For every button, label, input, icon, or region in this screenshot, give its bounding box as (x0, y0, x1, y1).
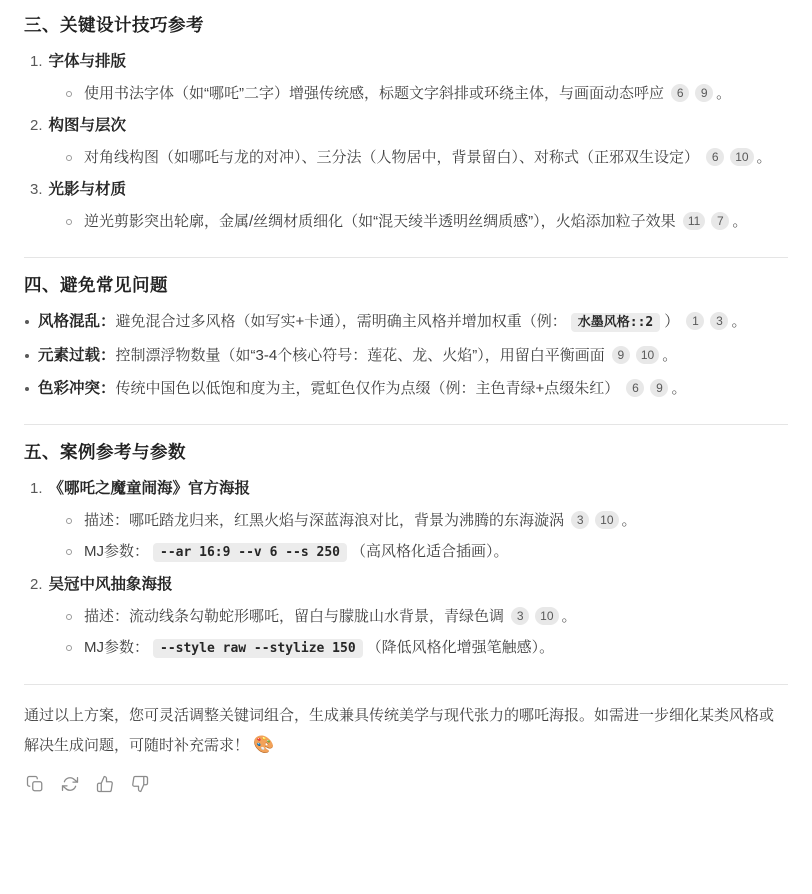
text-run: 。 (732, 213, 747, 230)
item-number: 1. (30, 480, 43, 497)
item-title: 光影与材质 (49, 181, 127, 198)
numbered-item: 2.构图与层次对角线构图（如哪吒与龙的对冲）、三分法（人物居中，背景留白）、对称… (24, 112, 788, 171)
sub-list: 使用书法字体（如“哪吒”二字）增强传统感，标题文字斜排或环绕主体，与画面动态呼应… (24, 80, 788, 107)
citation-badge[interactable]: 3 (710, 312, 728, 330)
assistant-message: 三、关键设计技巧参考1.字体与排版使用书法字体（如“哪吒”二字）增强传统感，标题… (0, 0, 812, 794)
sub-item: 对角线构图（如哪吒与龙的对冲）、三分法（人物居中，背景留白）、对称式（正邪双生设… (24, 144, 788, 171)
item-number: 1. (30, 53, 43, 70)
item-title: 字体与排版 (49, 53, 127, 70)
bold-label: 色彩冲突： (38, 380, 116, 397)
text-run: 。 (622, 512, 637, 529)
text-run: （高风格化适合插画）。 (351, 543, 509, 560)
thumbs-down-icon (131, 775, 149, 793)
text-run: 对角线构图（如哪吒与龙的对冲）、三分法（人物居中，背景留白）、对称式（正邪双生设… (84, 149, 703, 166)
numbered-list: 1.《哪吒之魔童闹海》官方海报描述：哪吒踏龙归来，红黑火焰与深蓝海浪对比，背景为… (24, 475, 788, 662)
regenerate-button[interactable] (60, 774, 80, 794)
text-run: 。 (731, 313, 746, 330)
copy-button[interactable] (25, 774, 45, 794)
thumbs-up-button[interactable] (95, 774, 115, 794)
text-run: 使用书法字体（如“哪吒”二字）增强传统感，标题文字斜排或环绕主体，与画面动态呼应 (84, 85, 668, 102)
text-run: MJ参数： (84, 543, 149, 560)
citation-badge[interactable]: 10 (535, 607, 558, 625)
text-run: 。 (671, 380, 686, 397)
citation-badge[interactable]: 9 (612, 346, 630, 364)
citation-badge[interactable]: 10 (595, 511, 618, 529)
item-title-row: 3.光影与材质 (24, 176, 788, 204)
section-heading: 三、关键设计技巧参考 (24, 12, 788, 38)
sub-item: 描述：哪吒踏龙归来，红黑火焰与深蓝海浪对比，背景为沸腾的东海漩涡 310。 (24, 507, 788, 534)
message-action-bar (25, 774, 788, 794)
item-title: 《哪吒之魔童闹海》官方海报 (49, 480, 251, 497)
citation-badge[interactable]: 6 (671, 84, 689, 102)
section-heading: 四、避免常见问题 (24, 272, 788, 298)
sub-item: 使用书法字体（如“哪吒”二字）增强传统感，标题文字斜排或环绕主体，与画面动态呼应… (24, 80, 788, 107)
sub-list: 描述：流动线条勾勒蛇形哪吒，留白与朦胧山水背景，青绿色调 310。MJ参数：--… (24, 603, 788, 662)
text-run: 逆光剪影突出轮廓，金属/丝绸材质细化（如“混天绫半透明丝绸质感”），火焰添加粒子… (84, 213, 680, 230)
text-run: （降低风格化增强笔触感）。 (367, 639, 555, 656)
divider (24, 257, 788, 258)
text-run: ） (664, 313, 683, 330)
citation-badge[interactable]: 6 (706, 148, 724, 166)
divider (24, 684, 788, 685)
item-title-row: 1.字体与排版 (24, 48, 788, 76)
section-heading: 五、案例参考与参数 (24, 439, 788, 465)
citation-badge[interactable]: 9 (695, 84, 713, 102)
bullet-item: 风格混乱：避免混合过多风格（如写实+卡通），需明确主风格并增加权重（例：水墨风格… (24, 308, 788, 336)
text-run: 传统中国色以低饱和度为主，霓虹色仅作为点缀（例：主色青绿+点缀朱红） (116, 380, 624, 397)
sub-list: 逆光剪影突出轮廓，金属/丝绸材质细化（如“混天绫半透明丝绸质感”），火焰添加粒子… (24, 208, 788, 235)
inline-code: --ar 16:9 --v 6 --s 250 (153, 543, 347, 562)
sub-list: 描述：哪吒踏龙归来，红黑火焰与深蓝海浪对比，背景为沸腾的东海漩涡 310。MJ参… (24, 507, 788, 566)
citation-badge[interactable]: 7 (711, 212, 729, 230)
closing-paragraph: 通过以上方案，您可灵活调整关键词组合，生成兼具传统美学与现代张力的哪吒海报。如需… (24, 701, 788, 760)
citation-badge[interactable]: 9 (650, 379, 668, 397)
sub-item: 描述：流动线条勾勒蛇形哪吒，留白与朦胧山水背景，青绿色调 310。 (24, 603, 788, 630)
item-title-row: 1.《哪吒之魔童闹海》官方海报 (24, 475, 788, 503)
inline-code: 水墨风格::2 (571, 313, 660, 332)
item-title: 吴冠中风抽象海报 (49, 576, 173, 593)
item-title-row: 2.吴冠中风抽象海报 (24, 571, 788, 599)
numbered-item: 3.光影与材质逆光剪影突出轮廓，金属/丝绸材质细化（如“混天绫半透明丝绸质感”）… (24, 176, 788, 235)
item-title-row: 2.构图与层次 (24, 112, 788, 140)
numbered-item: 2.吴冠中风抽象海报描述：流动线条勾勒蛇形哪吒，留白与朦胧山水背景，青绿色调 3… (24, 571, 788, 662)
citation-badge[interactable]: 10 (730, 148, 753, 166)
text-run: 。 (562, 608, 577, 625)
citation-badge[interactable]: 6 (626, 379, 644, 397)
bold-label: 风格混乱： (38, 313, 116, 330)
item-title: 构图与层次 (49, 117, 127, 134)
text-run: 通过以上方案，您可灵活调整关键词组合，生成兼具传统美学与现代张力的哪吒海报。如需… (24, 707, 774, 754)
citation-badge[interactable]: 3 (511, 607, 529, 625)
item-number: 2. (30, 576, 43, 593)
text-run: 描述：流动线条勾勒蛇形哪吒，留白与朦胧山水背景，青绿色调 (84, 608, 508, 625)
message-content: 三、关键设计技巧参考1.字体与排版使用书法字体（如“哪吒”二字）增强传统感，标题… (24, 12, 788, 760)
bullet-item: 元素过载：控制漂浮物数量（如“3-4个核心符号：莲花、龙、火焰”），用留白平衡画… (24, 342, 788, 369)
numbered-item: 1.《哪吒之魔童闹海》官方海报描述：哪吒踏龙归来，红黑火焰与深蓝海浪对比，背景为… (24, 475, 788, 566)
sub-item: MJ参数：--ar 16:9 --v 6 --s 250（高风格化适合插画）。 (24, 538, 788, 566)
sub-item: MJ参数：--style raw --stylize 150（降低风格化增强笔触… (24, 634, 788, 662)
item-number: 3. (30, 181, 43, 198)
numbered-item: 1.字体与排版使用书法字体（如“哪吒”二字）增强传统感，标题文字斜排或环绕主体，… (24, 48, 788, 107)
text-run: 。 (716, 85, 731, 102)
bullet-item: 色彩冲突：传统中国色以低饱和度为主，霓虹色仅作为点缀（例：主色青绿+点缀朱红） … (24, 375, 788, 402)
text-run: 。 (757, 149, 772, 166)
text-run: MJ参数： (84, 639, 149, 656)
citation-badge[interactable]: 11 (683, 212, 705, 230)
bold-label: 元素过载： (38, 347, 116, 364)
citation-badge[interactable]: 1 (686, 312, 704, 330)
sub-list: 对角线构图（如哪吒与龙的对冲）、三分法（人物居中，背景留白）、对称式（正邪双生设… (24, 144, 788, 171)
divider (24, 424, 788, 425)
thumbs-down-button[interactable] (130, 774, 150, 794)
citation-badge[interactable]: 10 (636, 346, 659, 364)
text-run: 控制漂浮物数量（如“3-4个核心符号：莲花、龙、火焰”），用留白平衡画面 (116, 347, 609, 364)
text-run: 避免混合过多风格（如写实+卡通），需明确主风格并增加权重（例： (116, 313, 567, 330)
citation-badge[interactable]: 3 (571, 511, 589, 529)
text-run: 描述：哪吒踏龙归来，红黑火焰与深蓝海浪对比，背景为沸腾的东海漩涡 (84, 512, 568, 529)
inline-code: --style raw --stylize 150 (153, 639, 363, 658)
bullet-list: 风格混乱：避免混合过多风格（如写实+卡通），需明确主风格并增加权重（例：水墨风格… (24, 308, 788, 402)
refresh-icon (61, 775, 79, 793)
text-run: 。 (662, 347, 677, 364)
sub-item: 逆光剪影突出轮廓，金属/丝绸材质细化（如“混天绫半透明丝绸质感”），火焰添加粒子… (24, 208, 788, 235)
numbered-list: 1.字体与排版使用书法字体（如“哪吒”二字）增强传统感，标题文字斜排或环绕主体，… (24, 48, 788, 235)
item-number: 2. (30, 117, 43, 134)
copy-icon (26, 775, 44, 793)
thumbs-up-icon (96, 775, 114, 793)
palette-emoji: 🎨 (253, 735, 274, 754)
